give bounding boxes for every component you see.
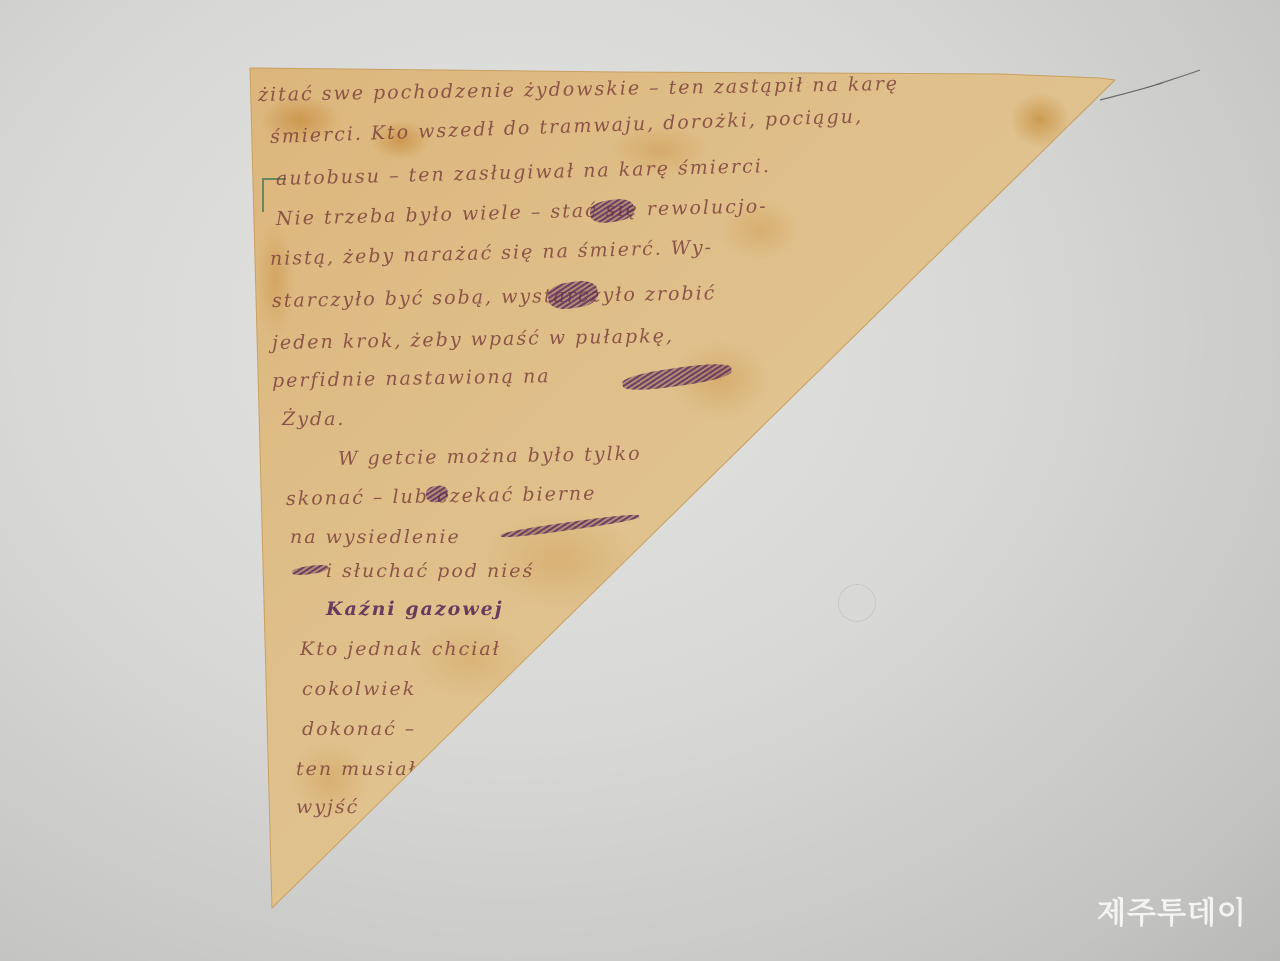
manuscript-line: dokonać – <box>302 718 416 740</box>
manuscript-line: jeden krok, żeby wpaść w pułapkę, <box>272 325 674 354</box>
crossed-out-word <box>292 564 329 577</box>
crossed-out-word <box>621 360 732 393</box>
manuscript-line: Kto jednak chciał <box>300 638 501 660</box>
manuscript-line: autobusu – ten zasługiwał na karę śmierc… <box>276 155 771 190</box>
manuscript-line: Żyda. <box>282 408 345 430</box>
publisher-watermark: 제주투데이 <box>1097 888 1247 932</box>
manuscript-line: śmierci. Kto wszedł do tramwaju, dorożki… <box>270 105 864 148</box>
manuscript-line: starczyło być sobą, wystarczyło zrobić <box>272 282 717 312</box>
manuscript-line: cokolwiek <box>302 678 416 700</box>
manuscript-line: wyjść <box>296 796 359 818</box>
manuscript-line-emphasized: Kaźni gazowej <box>326 598 504 620</box>
manuscript-line: na wysiedlenie <box>290 526 461 548</box>
manuscript-line: ten musiał <box>296 758 417 780</box>
manuscript-line: Nie trzeba było wiele – stać się rewoluc… <box>276 195 768 230</box>
manuscript-line: żitać swe pochodzenie żydowskie – ten za… <box>258 73 899 106</box>
manuscript-line: perfidnie nastawioną na <box>272 365 551 392</box>
crossed-out-word <box>546 279 599 312</box>
manuscript-line: i słuchać pod nieś <box>326 560 534 582</box>
photograph: żitać swe pochodzenie żydowskie – ten za… <box>0 0 1280 961</box>
manuscript-line: nistą, żeby narażać się na śmierć. Wy- <box>270 236 714 270</box>
manuscript-line: W getcie można było tylko <box>338 443 642 470</box>
paper-clip-shadow <box>838 584 876 622</box>
crossed-out-word <box>500 512 640 539</box>
